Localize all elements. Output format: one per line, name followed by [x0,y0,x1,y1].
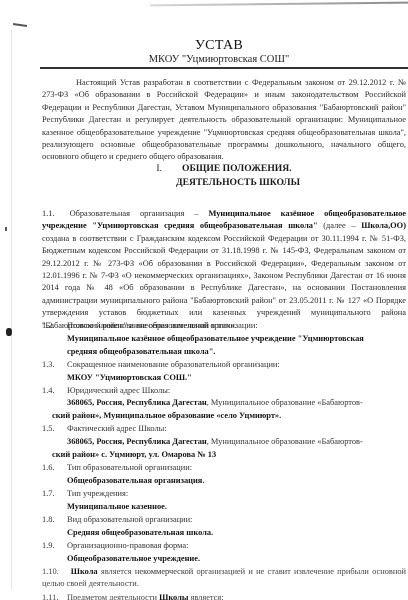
clause-1-2-value-line2: средняя общеобразовательная школа". [67,346,403,358]
clause-label: Организационно-правовая форма: [67,541,188,550]
clause-1-11: 1.11.Предметом деятельности Школы являет… [42,592,406,600]
clause-number: 1.4. [42,385,67,397]
document-subtitle: МКОУ "Уцмиюртовская СОШ" [0,54,408,65]
clause-label: Юридический адрес Школы: [67,386,170,395]
clause-1-5-label: 1.5.Фактический адрес Школы: [42,423,406,435]
clause-1-7-value: Муниципальное казенное. [67,501,403,513]
address-bold: 368065, Россия, Республика Дагестан [67,398,207,407]
clause-number: 1.1. [42,209,55,218]
clause-1-8-label: 1.8.Вид образовательной организации: [42,514,406,526]
clause-emphasis: некоммерческой [135,567,193,576]
clause-text: Предметом деятельности [67,593,159,600]
clause-label: Тип образовательной организации: [67,463,192,472]
clause-bold-short: Школа,ОО) [361,221,406,230]
header-divider [40,67,408,69]
clause-number: 1.8. [42,514,67,526]
clause-1-3-label: 1.3.Сокращенное наименование образовател… [42,359,406,371]
ink-dot [5,227,7,231]
margin-pen-mark [13,23,27,27]
clause-bold: Школы [159,593,188,600]
clause-number: 1.2. [42,320,67,332]
clause-number: 1.5. [42,423,67,435]
clause-1-9-label: 1.9.Организационно-правовая форма: [42,540,406,552]
clause-1-9-value: Общеобразовательное учреждение. [67,553,403,565]
clause-1-10: 1.10.Школа является некоммерческой орган… [42,566,406,591]
clause-1-2-value-line1: Муниципальное казённое общеобразовательн… [67,333,403,345]
clause-1-4-label: 1.4.Юридический адрес Школы: [42,385,406,397]
clause-1-8-value: Средняя общеобразовательная школа. [67,527,403,539]
section-title-line2: ДЕЯТЕЛЬНОСТЬ ШКОЛЫ [40,176,408,190]
address-bold: 368065, Россия, Республика Дагестан [67,437,207,446]
document-title: УСТАВ [0,38,408,54]
clause-number: 1.3. [42,359,67,371]
scan-margin-line [11,30,12,590]
clause-1-4-value-line1: 368065, Россия, Республика Дагестан, Мун… [67,397,403,409]
clause-text: Образовательная организация – [70,209,209,218]
clause-number: 1.10. [42,567,59,576]
clause-bold: Школа [71,567,98,576]
clause-text: создана в соответствии с Гражданским код… [42,234,406,330]
clause-text: является [98,567,135,576]
clause-number: 1.6. [42,462,67,474]
clause-text: является: [188,593,223,600]
scan-edge-line [150,2,408,7]
clause-1-5-value-line2: ский район» с. Уцмиюрт, ул. Омарова № 13 [52,449,216,461]
clause-1-5-value-line1: 368065, Россия, Республика Дагестан, Мун… [67,436,403,448]
clause-1-6-value: Общеобразовательная организация. [67,475,403,487]
clause-1-4-value-line2: ский район», Муниципальное образование «… [52,410,281,422]
clause-number: 1.7. [42,488,67,500]
address-normal: , Муниципальное образование «Бабаюртов- [207,398,363,407]
clause-number: 1.11. [42,592,67,600]
section-number: I. [156,163,162,174]
clause-1-7-label: 1.7.Тип учреждения: [42,488,406,500]
clause-label: Сокращенное наименование образовательной… [67,360,280,369]
clause-1-2-label: 1.2.Полное наименование образовательной … [42,320,406,332]
address-normal: , Муниципальное образование «Бабаюртов- [207,437,363,446]
clause-label: Вид образовательной организации: [67,515,192,524]
clause-1-6-label: 1.6.Тип образовательной организации: [42,462,406,474]
section-heading: I.ОБЩИЕ ПОЛОЖЕНИЯ. ДЕЯТЕЛЬНОСТЬ ШКОЛЫ [40,162,408,190]
clause-text: (далее – [318,221,362,230]
clause-label: Тип учреждения: [67,489,128,498]
clause-number: 1.9. [42,540,67,552]
clause-1-1: 1.1.Образовательная организация – Муници… [42,208,406,332]
clause-label: Полное наименование образовательной орга… [67,321,258,330]
section-title-line1: ОБЩИЕ ПОЛОЖЕНИЯ. [182,163,292,174]
clause-label: Фактический адрес Школы: [67,424,167,433]
clause-1-3-value: МКОУ "Уцмиюртовская СОШ." [67,372,403,384]
document-page: УСТАВ МКОУ "Уцмиюртовская СОШ" Настоящий… [0,0,408,600]
intro-paragraph: Настоящий Устав разработан в соответстви… [42,77,406,164]
ink-blot [6,328,12,336]
